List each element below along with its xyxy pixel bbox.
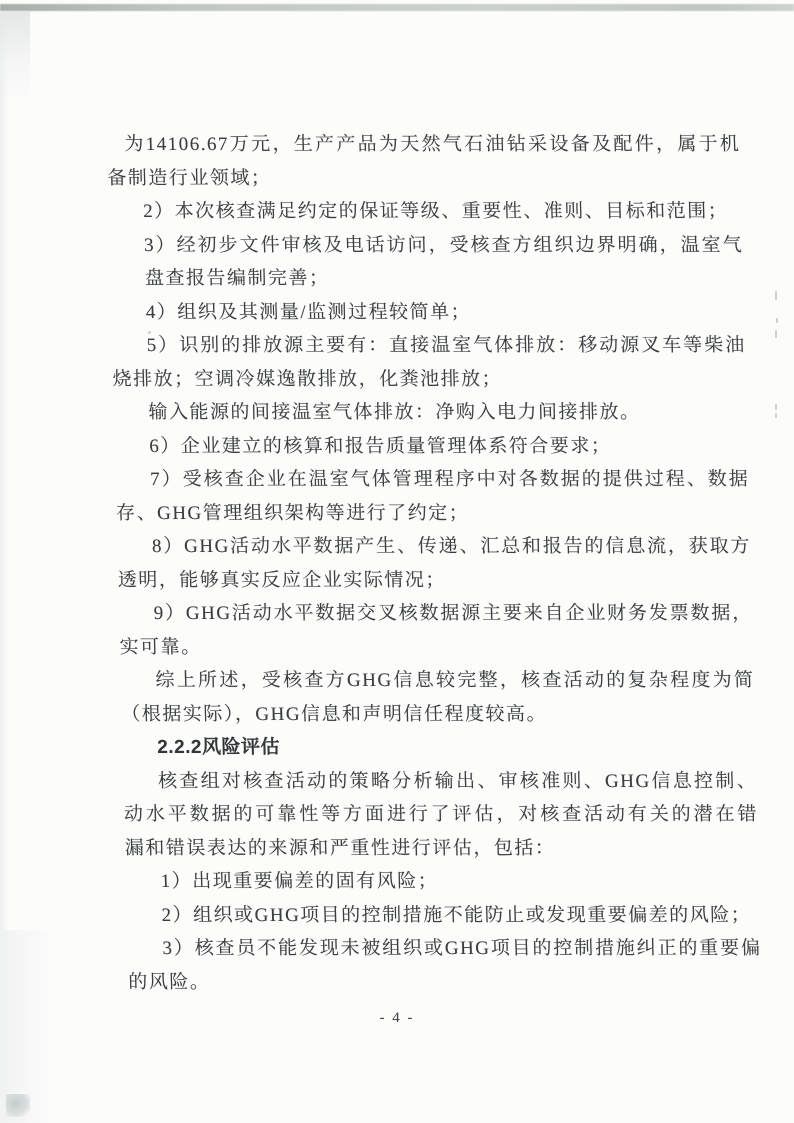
page-number: - 4 - [0, 1010, 794, 1027]
scanner-corner-shadow-top-left [0, 11, 30, 106]
text-line: 盘查报告编制完善； [110, 262, 745, 296]
document-body: 为14106.67万元，生产产品为天然气石油钻采设备及配件，属于机械和设备制造行… [106, 128, 763, 999]
scan-speck [775, 404, 777, 410]
text-line: 8）GHG活动水平数据产生、传递、汇总和报告的信息流，获取方式 [117, 530, 752, 564]
scan-smudge-bottom-left [6, 1094, 30, 1117]
text-line: 7）受核查企业在温室气体管理程序中对各数据的提供过程、数据保 [115, 463, 750, 497]
text-line: 存、GHG管理组织架构等进行了约定； [116, 497, 751, 531]
text-line: 综上所述，受核查方GHG信息较完整，核查活动的复杂程度为简单 [120, 664, 755, 698]
scan-speck [775, 330, 777, 338]
text-line: 烧排放；空调冷媒逸散排放，化粪池排放； [112, 363, 747, 397]
text-line: 漏和错误表达的来源和严重性进行评估，包括： [124, 832, 759, 866]
text-line: 备制造行业领域； [107, 162, 742, 196]
text-line: 透明，能够真实反应企业实际情况； [117, 564, 752, 598]
text-line: （根据实际），GHG信息和声明信任程度较高。 [121, 698, 756, 732]
text-line: 3）经初步文件审核及电话访问，受核查方组织边界明确，温室气体 [109, 229, 744, 263]
text-line: 核查组对核查活动的策略分析输出、审核准则、GHG信息控制、活 [123, 765, 758, 799]
text-line: 的风险。 [128, 966, 763, 1000]
text-line: 3）核查员不能发现未被组织或GHG项目的控制措施纠正的重要偏差 [127, 932, 762, 966]
scan-speck [775, 413, 777, 418]
section-heading: 2.2.2风险评估 [122, 731, 757, 765]
text-line: 5）识别的排放源主要有：直接温室气体排放：移动源叉车等柴油燃 [111, 329, 746, 363]
text-line: 2）组织或GHG项目的控制措施不能防止或发现重要偏差的风险； [126, 899, 761, 933]
text-line: 2）本次核查满足约定的保证等级、重要性、准则、目标和范围； [108, 195, 743, 229]
text-line: 输入能源的间接温室气体排放：净购入电力间接排放。 [113, 396, 748, 430]
text-line: 4）组织及其测量/监测过程较简单； [110, 296, 745, 330]
scanned-document-page: { "page": { "footer_label": "- 4 -" }, "… [0, 0, 794, 1123]
text-line: 9）GHG活动水平数据交叉核数据源主要来自企业财务发票数据，真 [118, 597, 753, 631]
scan-speck [775, 291, 777, 300]
text-line: 实可靠。 [119, 631, 754, 665]
text-line: 为14106.67万元，生产产品为天然气石油钻采设备及配件，属于机械和设 [106, 128, 741, 162]
scanner-edge-band-top [0, 4, 794, 11]
text-line: 动水平数据的可靠性等方面进行了评估，对核查活动有关的潜在错误、遗 [124, 798, 759, 832]
text-line: 1）出现重要偏差的固有风险； [125, 865, 760, 899]
scan-speck [776, 318, 778, 323]
text-line: 6）企业建立的核算和报告质量管理体系符合要求； [114, 430, 749, 464]
